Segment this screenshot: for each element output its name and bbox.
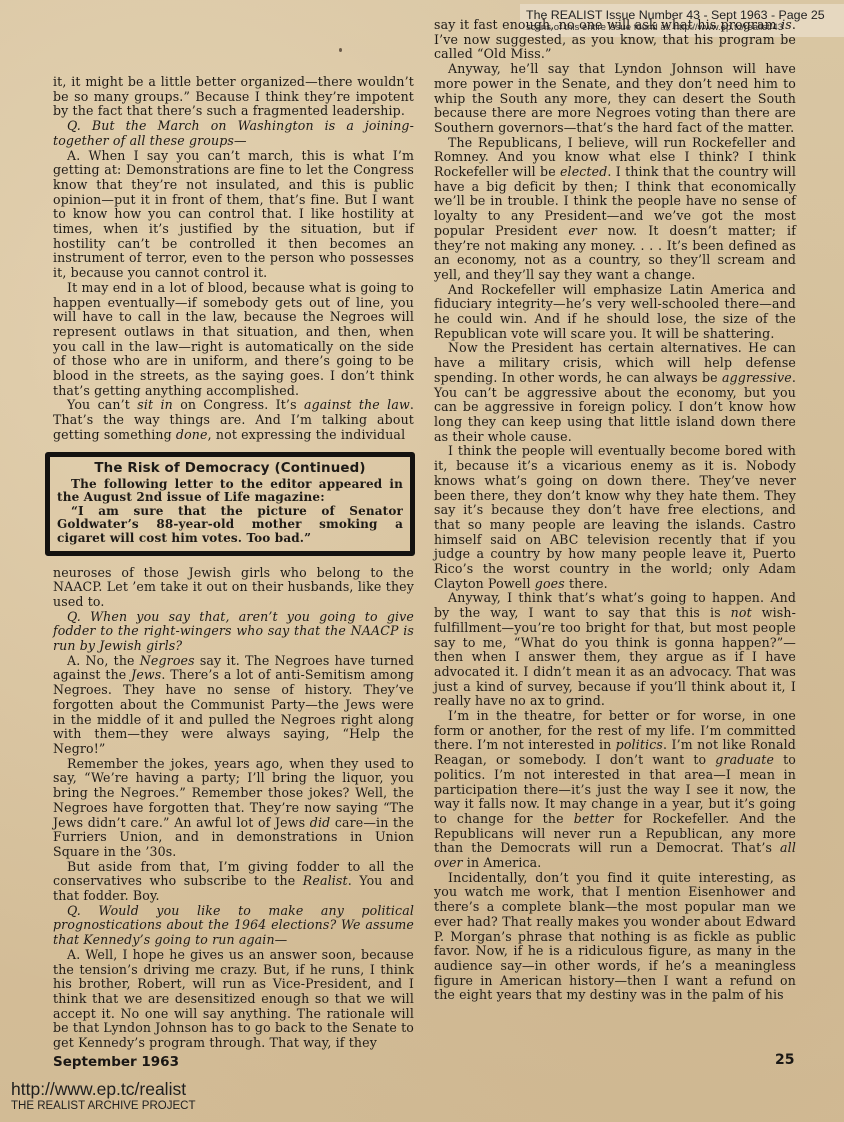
paragraph: A. When I say you can’t march, this is w… xyxy=(53,149,414,281)
question: Q. Would you like to make any political … xyxy=(53,904,414,948)
page-number: 25 xyxy=(775,1052,794,1068)
paragraph: Incidentally, don’t you find it quite in… xyxy=(434,871,796,1003)
question: Q. When you say that, aren’t you going t… xyxy=(53,610,414,654)
paragraph: Now the President has certain alternativ… xyxy=(434,341,796,444)
paragraph: It may end in a lot of blood, because wh… xyxy=(53,281,414,399)
question: Q. But the March on Washington is a join… xyxy=(53,119,414,148)
paragraph: And Rockefeller will emphasize Latin Ame… xyxy=(434,283,796,342)
paragraph: Remember the jokes, years ago, when they… xyxy=(53,757,414,860)
paragraph: I think the people will eventually becom… xyxy=(434,444,796,591)
sidebar-box-intro: The following letter to the editor appea… xyxy=(57,478,403,505)
archive-url: http://www.ep.tc/realist xyxy=(11,1079,195,1099)
paragraph: You can’t sit in on Congress. It’s again… xyxy=(53,398,414,442)
left-column: it, it might be a little better organize… xyxy=(53,75,414,1051)
sidebar-box-risk-of-democracy: The Risk of Democracy (Continued) The fo… xyxy=(45,452,415,556)
right-column: say it fast enough, no one will ask what… xyxy=(434,18,796,1003)
paragraph: But aside from that, I’m giving fodder t… xyxy=(53,860,414,904)
archive-footer: http://www.ep.tc/realist THE REALIST ARC… xyxy=(11,1079,195,1113)
paragraph: say it fast enough, no one will ask what… xyxy=(434,18,796,62)
paragraph: Anyway, he’ll say that Lyndon Johnson wi… xyxy=(434,62,796,136)
paragraph: Anyway, I think that’s what’s going to h… xyxy=(434,591,796,709)
paragraph: A. Well, I hope he gives us an answer so… xyxy=(53,948,414,1051)
paragraph: it, it might be a little better organize… xyxy=(53,75,414,119)
paragraph: The Republicans, I believe, will run Roc… xyxy=(434,136,796,283)
paragraph: A. No, the Negroes say it. The Negroes h… xyxy=(53,654,414,757)
archive-project-name: THE REALIST ARCHIVE PROJECT xyxy=(11,1099,195,1113)
paragraph: I’m in the theatre, for better or for wo… xyxy=(434,709,796,871)
paper-speck xyxy=(339,48,342,52)
sidebar-box-quote: “I am sure that the picture of Senator G… xyxy=(57,505,403,546)
footer-date: September 1963 xyxy=(53,1054,179,1070)
paragraph: neuroses of those Jewish girls who belon… xyxy=(53,566,414,610)
sidebar-box-title: The Risk of Democracy (Continued) xyxy=(57,460,403,477)
